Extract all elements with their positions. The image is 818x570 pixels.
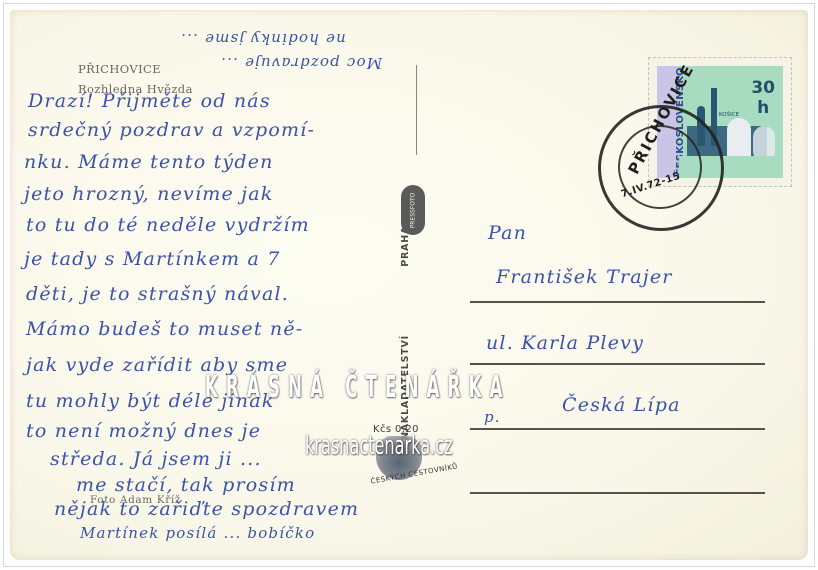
message-line: to není možný dnes je: [26, 420, 261, 442]
address-city: Česká Lípa: [562, 394, 681, 416]
printed-place-title: PŘICHOVICE: [78, 62, 161, 76]
address-street: ul. Karla Plevy: [486, 332, 644, 354]
address-line-4: [470, 492, 765, 494]
message-upside-line-2: Moc pozdravuje ...: [220, 54, 382, 72]
watermark-url: krasnactenarka.cz: [305, 431, 453, 461]
message-line: Drazí! Přijměte od nás: [28, 90, 271, 112]
address-line-1: [470, 301, 765, 303]
address-line-3: [470, 428, 765, 430]
watermark-title: KRÁSNÁ ČTENÁŘKA: [205, 370, 511, 405]
message-line: děti, je to strašný nával.: [26, 283, 289, 305]
message-line: srdečný pozdrav a vzpomí-: [28, 119, 315, 141]
tree-icon: [727, 118, 751, 158]
message-line: je tady s Martínkem a 7: [24, 248, 281, 270]
address-line-2: [470, 363, 765, 365]
message-line: nku. Máme tento týden: [24, 151, 274, 173]
address-city-prefix: p.: [484, 408, 501, 426]
message-line: Martínek posílá ... bobíčko: [80, 524, 315, 542]
center-divider: [416, 65, 417, 155]
message-line: Mámo budeš to muset ně-: [26, 318, 303, 340]
message-upside-line-1: ne hodinky jsme ...: [180, 30, 346, 48]
publisher-imprint: NAKLADATELSTVÍ PRAHA: [400, 226, 411, 440]
message-line: jeto hrozný, nevíme jak: [24, 183, 273, 205]
message-line: to tu do té neděle vydržím: [26, 214, 310, 236]
address-salutation: Pan: [488, 222, 527, 244]
stamp-city: KOŠICE: [719, 112, 739, 118]
pressfoto-logo-icon: PRESSFOTO: [401, 185, 425, 235]
address-name: František Trajer: [496, 266, 673, 288]
message-line: středa. Já jsem ji ...: [50, 448, 262, 470]
message-line: me stačí, tak prosím: [76, 474, 296, 496]
message-line: nějak to zařiďte spozdravem: [54, 498, 359, 520]
stamp-value: 30 h: [751, 78, 775, 118]
